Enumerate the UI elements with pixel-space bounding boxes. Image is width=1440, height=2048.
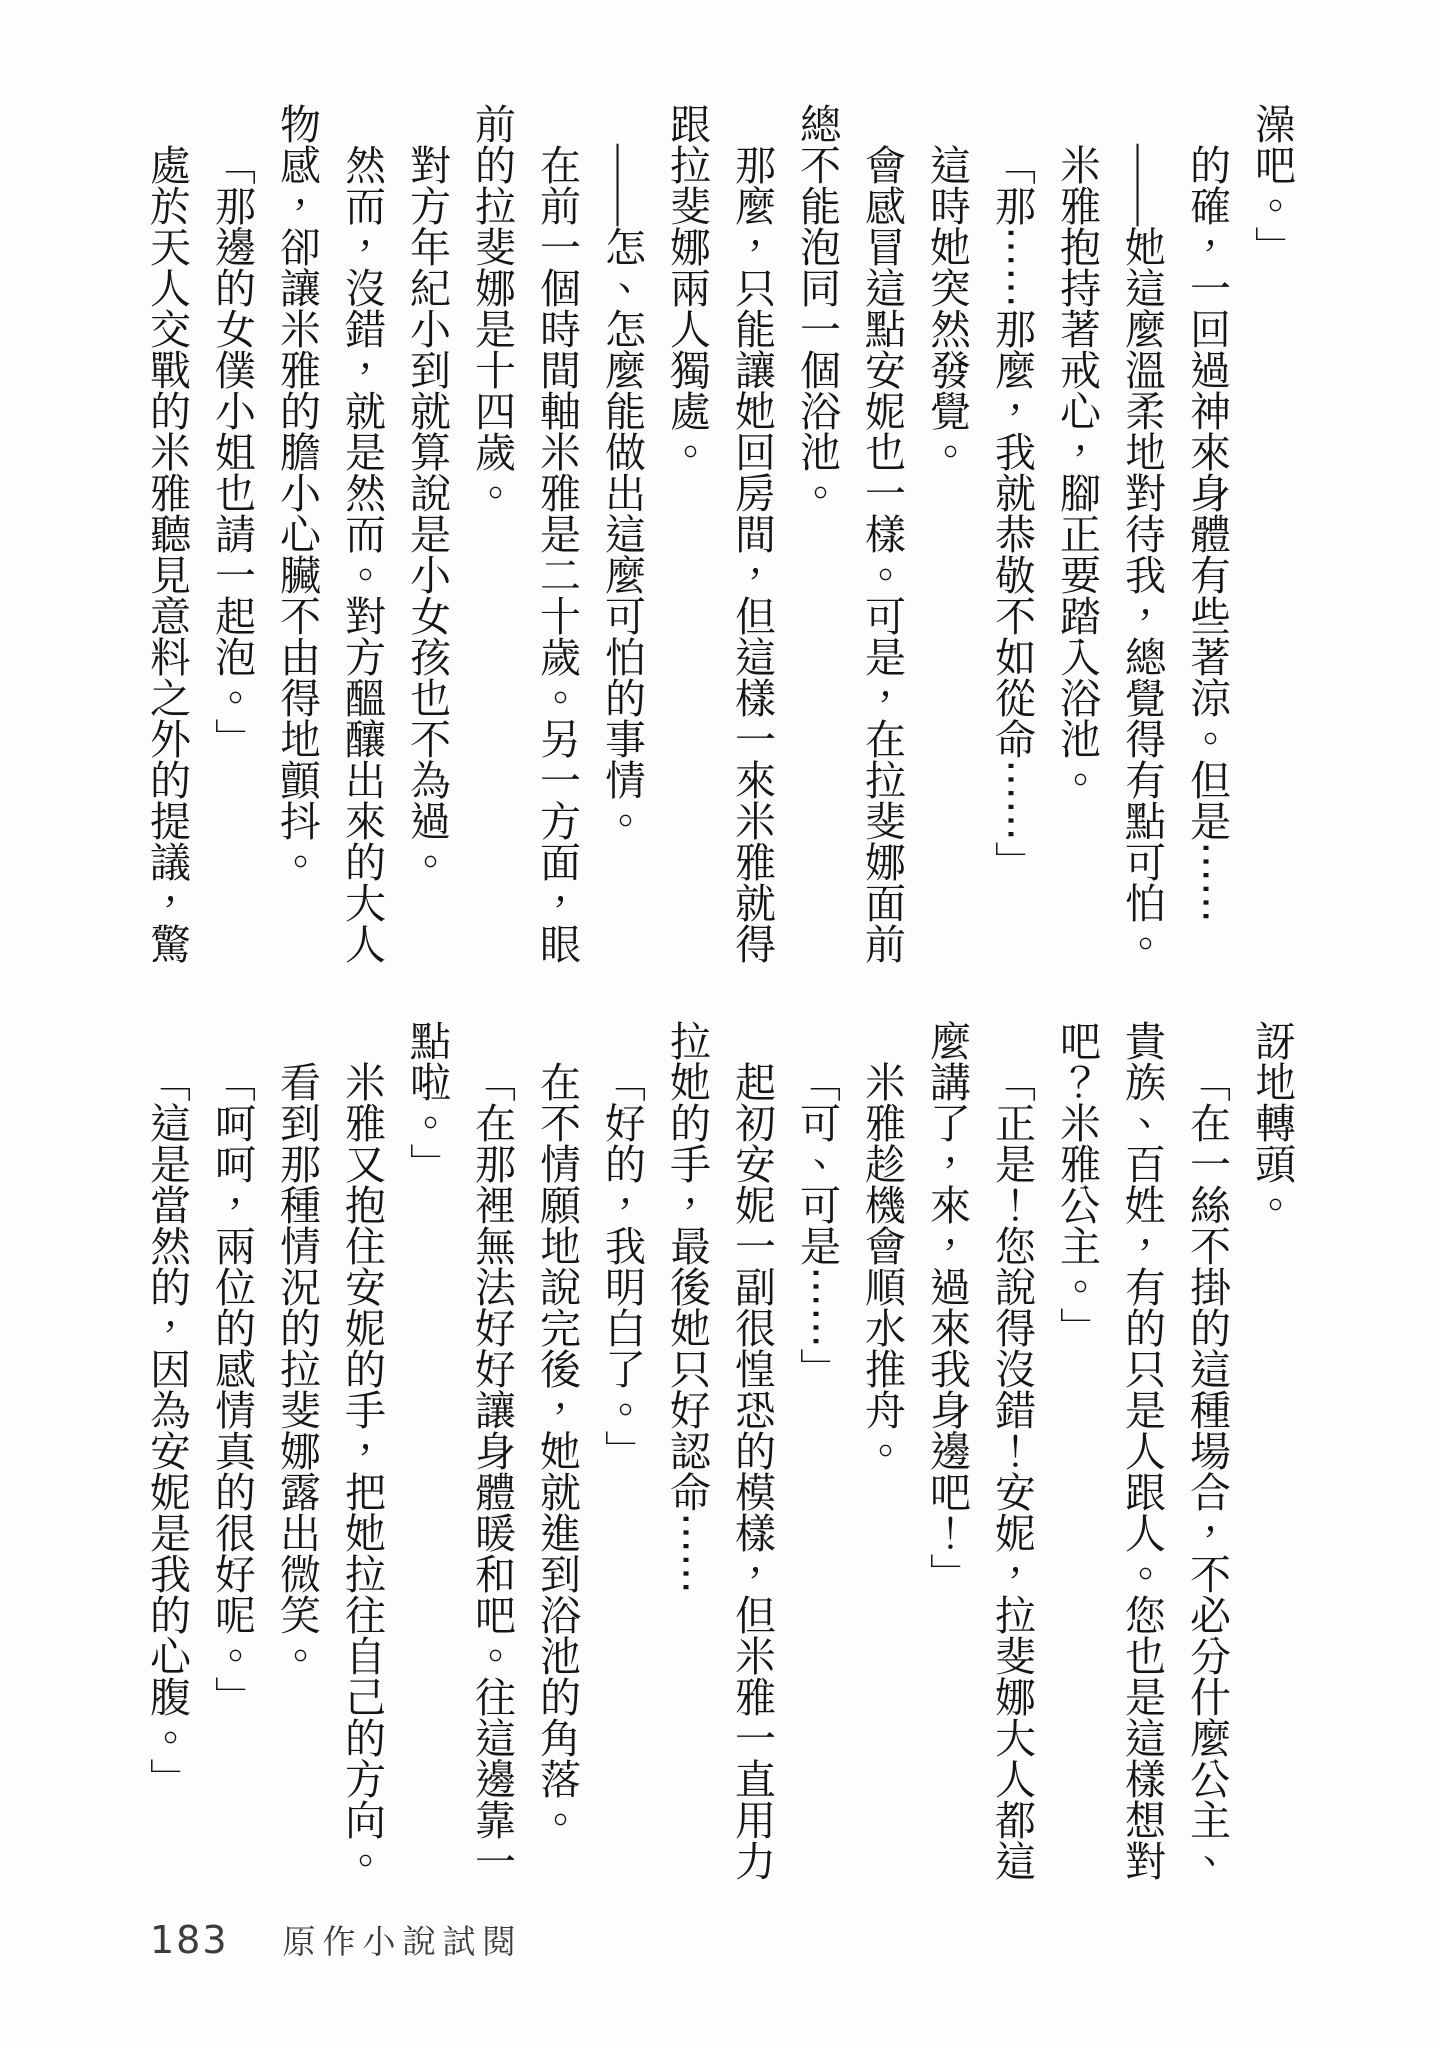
paragraph: 訝地轉頭。 [1239,1020,1304,1882]
paragraph: 在不情願地說完後，她就進到浴池的角落。 [524,1020,589,1882]
paragraph: 「正是！您說得沒錯！安妮，拉斐娜大人都這麼講了，來，過來我身邊吧！」 [914,1020,1044,1882]
paragraph: 澡吧。」 [1239,103,1304,965]
paragraph: 「那邊的女僕小姐也請一起泡。」 [199,103,264,965]
paragraph: 「那⋯⋯那麼，我就恭敬不如從命⋯⋯」 [979,103,1044,965]
page-footer: 183 原作小說試閱 [150,1916,523,1963]
paragraph: ——她這麼溫柔地對待我，總覺得有點可怕。 [1109,103,1174,965]
footer-label: 原作小說試閱 [283,1916,523,1963]
paragraph: 的確，一回過神來身體有些著涼。但是⋯⋯ [1174,103,1239,965]
paragraph: 「好的，我明白了。」 [589,1020,654,1882]
paragraph: 米雅又抱住安妮的手，把她拉往自己的方向。 [329,1020,394,1882]
book-page: 澡吧。」的確，一回過神來身體有些著涼。但是⋯⋯——她這麼溫柔地對待我，總覺得有點… [0,0,1440,2048]
paragraph: 「在一絲不掛的這種場合，不必分什麼公主、貴族、百姓，有的只是人跟人。您也是這樣想… [1044,1020,1239,1882]
paragraph: 然而，沒錯，就是然而。對方醞釀出來的大人物感，卻讓米雅的膽小心臟不由得地顫抖。 [264,103,394,965]
paragraph: 「這是當然的，因為安妮是我的心腹。」 [134,1020,199,1882]
page-number: 183 [150,1918,229,1962]
paragraph: 起初安妮一副很惶恐的模樣，但米雅一直用力拉她的手，最後她只好認命⋯⋯ [654,1020,784,1882]
paragraph: 「在那裡無法好好讓身體暖和吧。往這邊靠一點啦。」 [394,1020,524,1882]
paragraph: 這時她突然發覺。 [914,103,979,965]
novel-text-block-bottom: 訝地轉頭。「在一絲不掛的這種場合，不必分什麼公主、貴族、百姓，有的只是人跟人。您… [134,1020,1304,1882]
paragraph: 「呵呵，兩位的感情真的很好呢。」 [199,1020,264,1882]
paragraph: 在前一個時間軸米雅是二十歲。另一方面，眼前的拉斐娜是十四歲。 [459,103,589,965]
paragraph: 那麼，只能讓她回房間，但這樣一來米雅就得跟拉斐娜兩人獨處。 [654,103,784,965]
paragraph: 「可、可是⋯⋯」 [784,1020,849,1882]
paragraph: 米雅抱持著戒心，腳正要踏入浴池。 [1044,103,1109,965]
paragraph: 會感冒這點安妮也一樣。可是，在拉斐娜面前總不能泡同一個浴池。 [784,103,914,965]
paragraph: 處於天人交戰的米雅聽見意料之外的提議，驚 [134,103,199,965]
paragraph: ——怎、怎麼能做出這麼可怕的事情。 [589,103,654,965]
paragraph: 看到那種情況的拉斐娜露出微笑。 [264,1020,329,1882]
novel-text-block-top: 澡吧。」的確，一回過神來身體有些著涼。但是⋯⋯——她這麼溫柔地對待我，總覺得有點… [134,103,1304,965]
paragraph: 對方年紀小到就算說是小女孩也不為過。 [394,103,459,965]
paragraph: 米雅趁機會順水推舟。 [849,1020,914,1882]
